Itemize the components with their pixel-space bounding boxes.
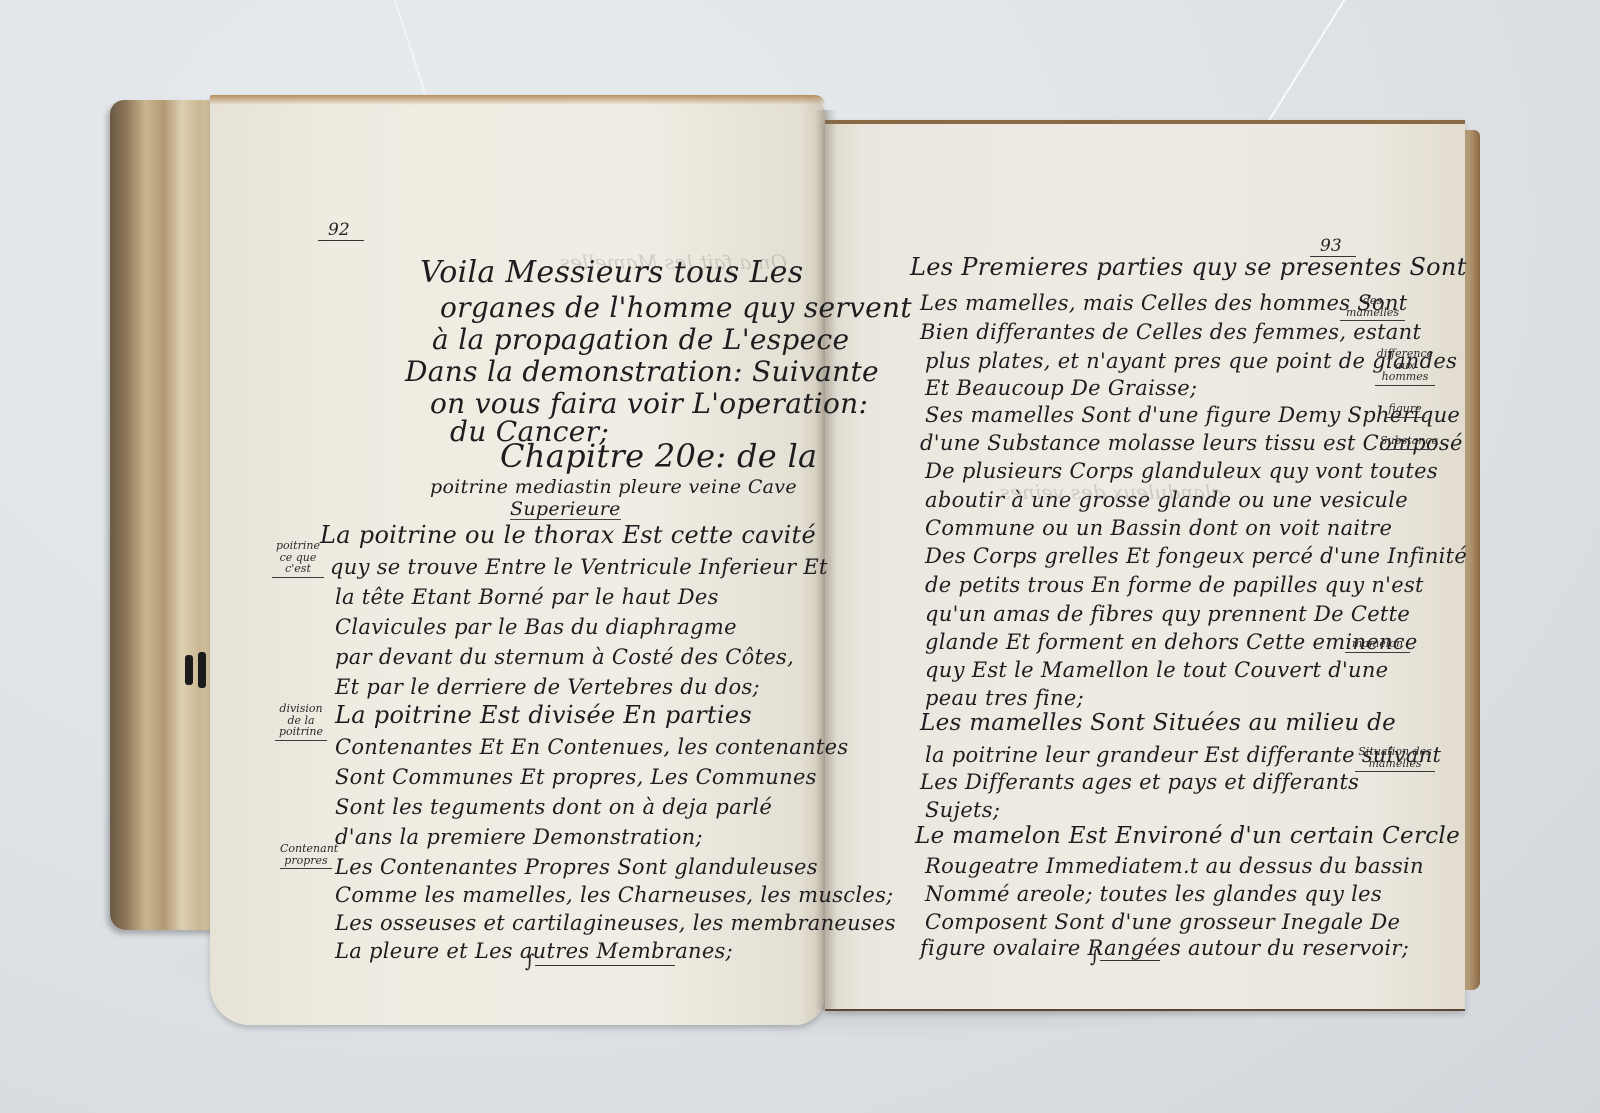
section-end-flourish: [1100, 960, 1160, 961]
manuscript-line: glande Et forment en dehors Cette eminen…: [925, 632, 1418, 653]
manuscript-line: Ses mamelles Sont d'une figure Demy Sphe…: [925, 405, 1460, 426]
manuscript-line: Voila Messieurs tous Les: [420, 258, 803, 288]
manuscript-line: Rougeatre Immediatem.t au dessus du bass…: [925, 856, 1424, 877]
manuscript-line: La poitrine ou le thorax Est cette cavit…: [320, 523, 816, 547]
manuscript-line: Sont Communes Et propres, Les Communes: [335, 767, 817, 788]
manuscript-line: Comme les mamelles, les Charneuses, les …: [335, 885, 894, 906]
manuscript-line: Des Corps grelles Et fongeux percé d'une…: [925, 546, 1467, 567]
manuscript-line: Commune ou un Bassin dont on voit naitre: [925, 518, 1392, 539]
manuscript-line: Les mamelles Sont Situées au milieu de: [920, 712, 1396, 735]
margin-note: mamelon: [1345, 638, 1410, 653]
manuscript-line: Contenantes Et En Contenues, les contena…: [335, 737, 848, 758]
manuscript-line: qu'un amas de fibres quy prennent De Cet…: [925, 604, 1410, 625]
chapter-subtitle: Superieure: [510, 500, 621, 520]
margin-note: Substance: [1380, 435, 1435, 450]
manuscript-line: Bien differantes de Celles des femmes, e…: [920, 322, 1421, 343]
manuscript-line: Les Contenantes Propres Sont glanduleuse…: [335, 857, 818, 878]
margin-note: figure: [1385, 403, 1425, 418]
manuscript-line: à la propagation de L'espece: [432, 326, 849, 354]
manuscript-line: Et par le derriere de Vertebres du dos;: [335, 677, 760, 698]
manuscript-line: Le mamelon Est Environé d'un certain Cer…: [915, 825, 1460, 848]
manuscript-line: aboutir à une grosse glande ou une vesic…: [925, 490, 1408, 511]
margin-note: poitrine ce que c'est: [272, 540, 324, 578]
manuscript-line: La poitrine Est divisée En parties: [335, 703, 752, 727]
photo-scene: On a fait les Mamelles glanduleux des ve…: [0, 0, 1600, 1113]
manuscript-line: De plusieurs Corps glanduleux quy vont t…: [925, 461, 1438, 482]
manuscript-line: la tête Etant Borné par le haut Des: [335, 587, 719, 608]
manuscript-line: Et Beaucoup De Graisse;: [925, 378, 1197, 399]
manuscript-line: figure ovalaire Rangées autour du reserv…: [920, 938, 1409, 959]
ink-stain: [198, 652, 206, 688]
manuscript-line: Les osseuses et cartilagineuses, les mem…: [335, 913, 896, 934]
manuscript-line: Nommé areole; toutes les glandes quy les: [925, 884, 1382, 905]
manuscript-line: Sujets;: [925, 800, 1000, 821]
margin-note: division de la poitrine: [275, 703, 327, 741]
margin-note: des mamelles: [1340, 295, 1405, 321]
manuscript-line: quy Est le Mamellon le tout Couvert d'un…: [925, 660, 1388, 681]
manuscript-line: quy se trouve Entre le Ventricule Inferi…: [330, 557, 828, 578]
manuscript-line: organes de l'homme quy servent: [440, 294, 912, 322]
manuscript-line: Les Differants ages et pays et differant…: [920, 772, 1359, 793]
manuscript-line: Sont les teguments dont on à deja parlé: [335, 797, 772, 818]
surface-crack: [394, 1, 430, 106]
margin-note: Contenant propres: [280, 843, 332, 869]
margin-note: Situation des mamelles: [1355, 746, 1435, 772]
margin-note: difference aux hommes: [1375, 348, 1435, 386]
manuscript-line: Dans la demonstration: Suivante: [405, 358, 879, 386]
manuscript-line: par devant du sternum à Costé des Côtes,: [335, 647, 794, 668]
manuscript-line: d'ans la premiere Demonstration;: [335, 827, 703, 848]
manuscript-line: Clavicules par le Bas du diaphragme: [335, 617, 737, 638]
section-end-flourish: [535, 965, 675, 966]
manuscript-line: peau tres fine;: [925, 688, 1084, 709]
manuscript-line: Composent Sont d'une grosseur Inegale De: [925, 912, 1400, 933]
page-number-left: 92: [318, 220, 364, 241]
manuscript-line: on vous faira voir L'operation:: [430, 390, 868, 418]
ink-stain: [185, 655, 193, 685]
manuscript-line: de petits trous En forme de papilles quy…: [925, 575, 1424, 596]
manuscript-line: Les mamelles, mais Celles des hommes Son…: [920, 293, 1408, 314]
chapter-heading: Chapitre 20e: de la: [500, 440, 817, 472]
chapter-subtitle: poitrine mediastin pleure veine Cave: [430, 478, 797, 497]
manuscript-line: Les Premieres parties quy se presentes S…: [910, 255, 1467, 279]
